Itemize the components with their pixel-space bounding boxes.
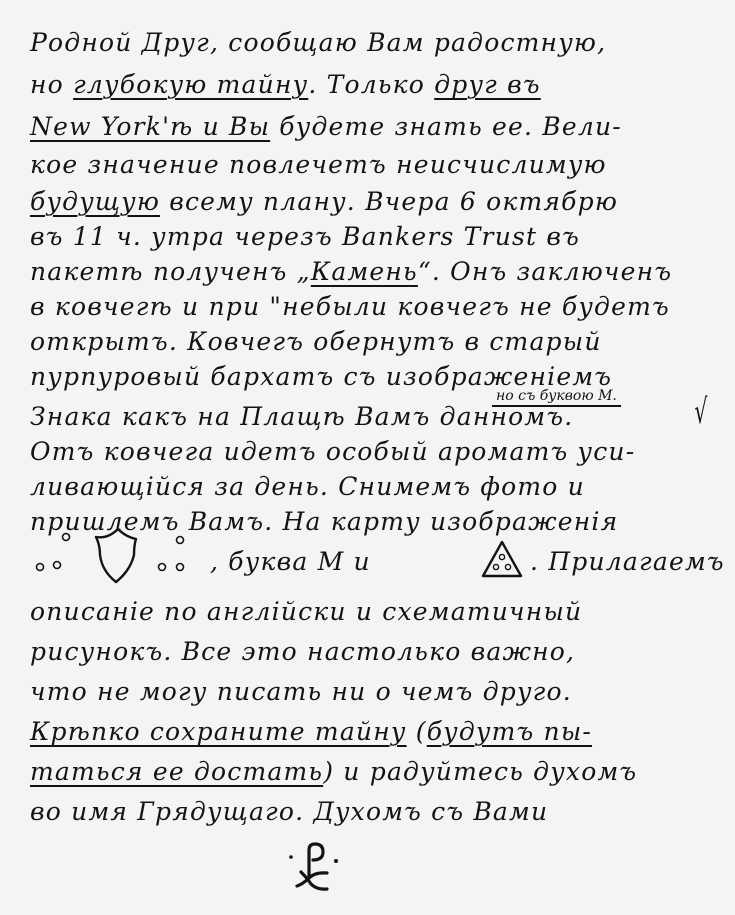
letter-line: будущую всему плану. Вчера 6 октябрю xyxy=(30,187,717,217)
underlined-text: глубокую тайну xyxy=(73,70,308,99)
line-text: что не могу писать ни о чемъ друго. xyxy=(30,677,572,706)
letter-page: Родной Друг, сообщаю Вам радостную, но г… xyxy=(0,0,735,915)
line-text: Родной Друг, сообщаю Вам радостную, xyxy=(30,28,606,57)
letter-line: но глубокую тайну. Только друг въ xyxy=(30,70,717,100)
line-text: в ковчегѣ и при "небыли ковчегъ не будет… xyxy=(30,292,670,321)
line-text: пакетѣ полученъ „ xyxy=(30,257,311,286)
line-text: ливающійся за день. Снимемъ фото и xyxy=(30,472,585,501)
line-text: ( xyxy=(407,717,427,746)
line-text: во имя Грядущаго. Духомъ съ Вами xyxy=(30,797,548,826)
letter-line: таться ее достать) и радуйтесь духомъ xyxy=(30,757,717,787)
letter-line: в ковчегѣ и при "небыли ковчегъ не будет… xyxy=(30,292,717,322)
letter-line: описаніе по англійски и схематичный xyxy=(30,597,717,627)
line-text: всему плану. Вчера 6 октябрю xyxy=(160,187,618,216)
letter-line: открытъ. Ковчегъ обернутъ в старый xyxy=(30,327,717,357)
monogram-signature-icon xyxy=(275,838,345,902)
letter-line: что не могу писать ни о чемъ друго. xyxy=(30,677,717,707)
circles-and-shield-icon xyxy=(30,525,210,585)
underlined-text: New York'ѣ и Вы xyxy=(30,112,270,141)
insertion-mark-icon: √ xyxy=(694,392,707,432)
line-text: но xyxy=(30,70,73,99)
line-text: описаніе по англійски и схематичный xyxy=(30,597,582,626)
letter-line: въ 11 ч. утра черезъ Bankers Trust въ xyxy=(30,222,717,252)
underlined-text: таться ее достать xyxy=(30,757,323,786)
underlined-text: будущую xyxy=(30,187,160,216)
interlinear-insertion: но съ буквою М. xyxy=(492,388,621,407)
letter-line: Родной Друг, сообщаю Вам радостную, xyxy=(30,28,717,58)
line-text: пурпуровый бархатъ съ изображеніемъ xyxy=(30,362,612,391)
line-text: кое значение повлечетъ неисчислимую xyxy=(30,150,607,179)
letter-line: ливающійся за день. Снимемъ фото и xyxy=(30,472,717,502)
line-text: открытъ. Ковчегъ обернутъ в старый xyxy=(30,327,602,356)
letter-line: Отъ ковчега идетъ особый ароматъ уси- xyxy=(30,437,717,467)
line-text: въ 11 ч. утра черезъ Bankers Trust въ xyxy=(30,222,580,251)
line-text: “. Онъ заключенъ xyxy=(418,257,672,286)
triangle-three-dots-icon xyxy=(480,539,524,581)
symbols-text-1: , буква М и xyxy=(210,547,371,576)
letter-line: кое значение повлечетъ неисчислимую xyxy=(30,150,717,180)
letter-line: New York'ѣ и Вы будете знать ее. Вели- xyxy=(30,112,717,142)
line-text: рисунокъ. Все это настолько важно, xyxy=(30,637,575,666)
underlined-text: будутъ пы- xyxy=(427,717,592,746)
line-text: . Только xyxy=(308,70,434,99)
line-text: ) и радуйтесь духомъ xyxy=(323,757,637,786)
letter-line: во имя Грядущаго. Духомъ съ Вами xyxy=(30,797,717,827)
underlined-text: Крѣпко сохраните тайну xyxy=(30,717,407,746)
underlined-text: Камень xyxy=(311,257,418,286)
letter-line: рисунокъ. Все это настолько важно, xyxy=(30,637,717,667)
underlined-text: друг въ xyxy=(434,70,541,99)
line-text: будете знать ее. Вели- xyxy=(270,112,622,141)
letter-line: Крѣпко сохраните тайну (будутъ пы- xyxy=(30,717,717,747)
symbols-line: , буква М и . Прилагаемъ xyxy=(30,525,730,585)
line-text: Отъ ковчега идетъ особый ароматъ уси- xyxy=(30,437,635,466)
letter-line: пакетѣ полученъ „Камень“. Онъ заключенъ xyxy=(30,257,717,287)
symbols-text-2: . Прилагаемъ xyxy=(530,547,725,576)
